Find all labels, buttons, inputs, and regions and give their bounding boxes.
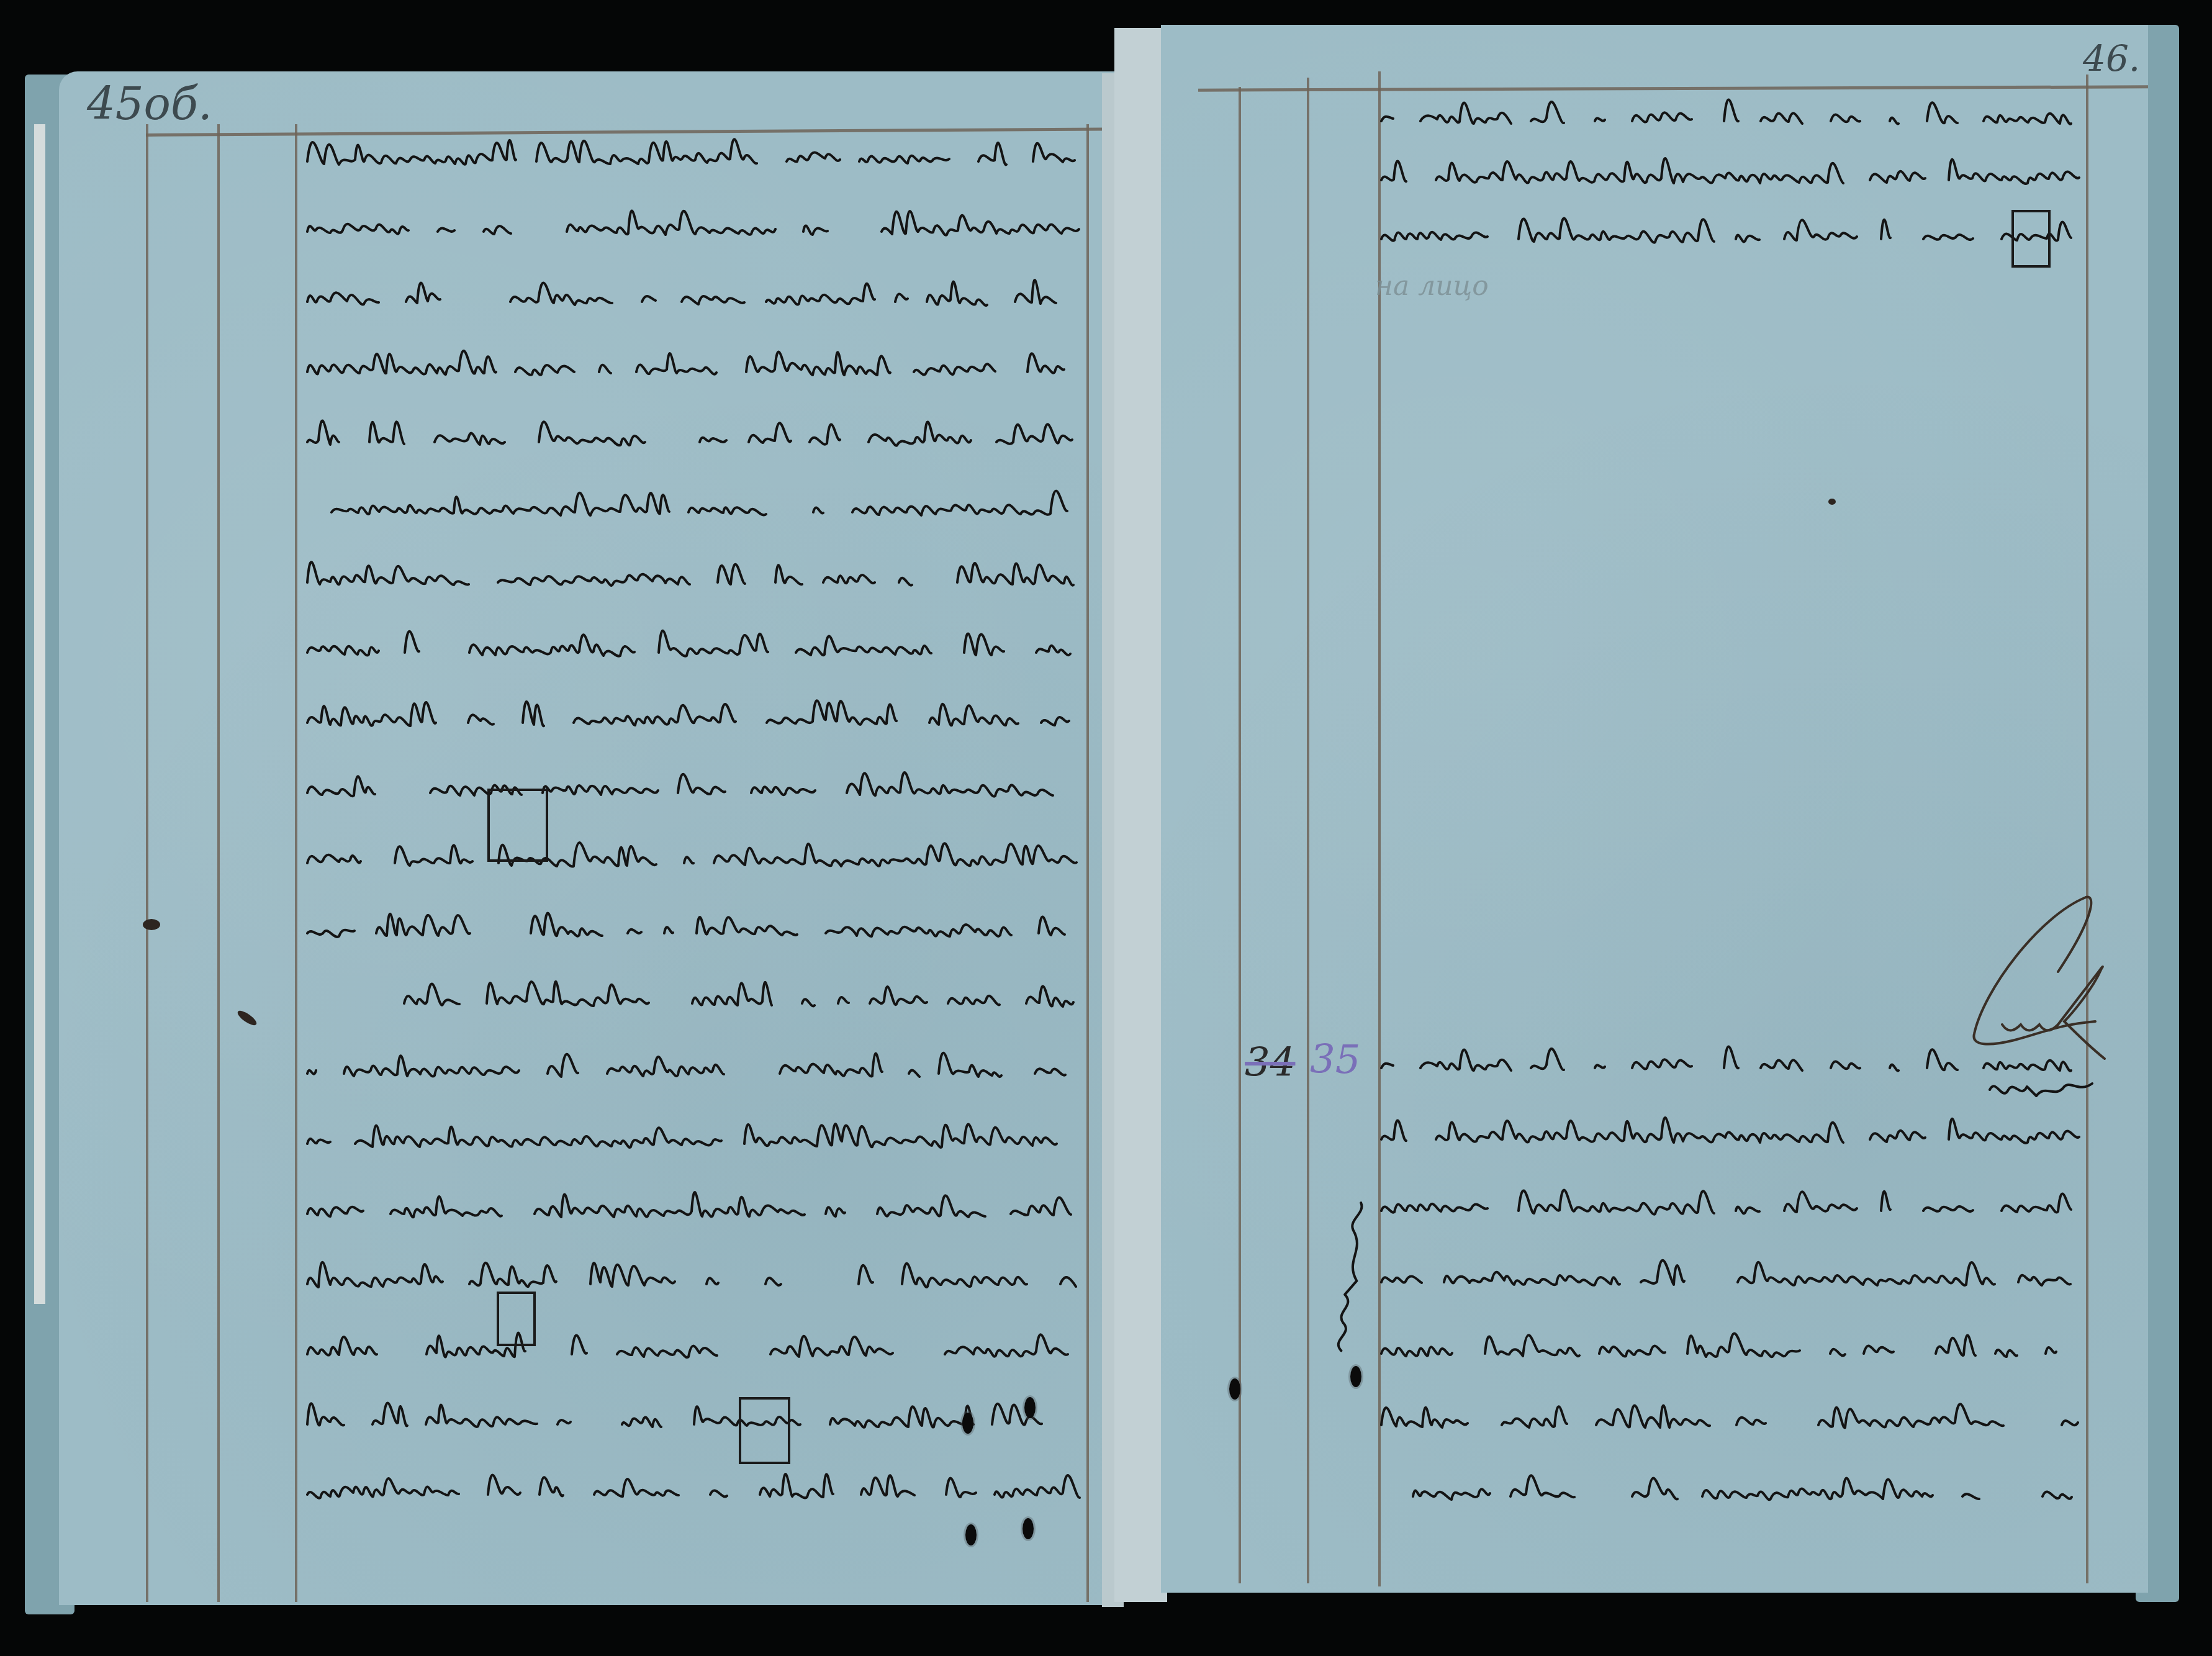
handwritten-line <box>307 484 1083 534</box>
handwritten-line <box>307 1326 1083 1376</box>
entry-number-current: 35 <box>1310 1037 1360 1083</box>
binding-hole <box>1229 1378 1240 1400</box>
handwritten-line <box>307 835 1083 885</box>
left-page: 45об. <box>59 71 1117 1605</box>
column-rule-3 <box>295 124 297 1602</box>
margin-note <box>1322 1198 1380 1356</box>
handwritten-line <box>307 414 1083 464</box>
binding-hole <box>962 1413 973 1434</box>
binding-hole <box>1022 1518 1034 1539</box>
pencil-note: на лицо <box>1375 270 1489 302</box>
handwritten-line <box>1381 1183 2083 1233</box>
column-rule-1 <box>1239 87 1241 1583</box>
handwritten-line <box>307 905 1083 955</box>
handwritten-line <box>1381 1040 2083 1090</box>
ink-dot <box>1828 499 1836 505</box>
handwritten-line <box>307 695 1083 744</box>
handwritten-line <box>307 1256 1083 1306</box>
handwritten-line <box>1381 1397 2083 1447</box>
boxed-insertion <box>497 1292 536 1346</box>
handwritten-line <box>1381 1468 2083 1518</box>
column-rule-4 <box>2086 75 2088 1583</box>
column-rule-4 <box>1086 124 1089 1602</box>
left-page-stack-edge <box>34 124 45 1304</box>
boxed-insertion <box>2011 210 2051 268</box>
handwritten-line <box>307 765 1083 815</box>
column-rule-2 <box>1307 78 1309 1583</box>
column-rule-2 <box>217 124 220 1602</box>
entry-number-struck: 34 <box>1245 1040 1295 1086</box>
binding-hole <box>965 1524 977 1545</box>
handwritten-line <box>307 204 1083 253</box>
handwritten-line <box>307 133 1083 183</box>
folio-number-right: 46. <box>2083 37 2140 79</box>
handwritten-line <box>1381 1111 2083 1161</box>
right-page: 46. на лицо 34 35 <box>1161 25 2148 1593</box>
handwritten-line <box>307 274 1083 324</box>
boxed-insertion <box>739 1397 790 1464</box>
ink-blot <box>236 1008 259 1028</box>
handwritten-line <box>307 625 1083 674</box>
binding-guard-strip <box>1114 28 1167 1602</box>
handwritten-line <box>1381 211 2083 261</box>
handwritten-line <box>1381 1326 2083 1375</box>
binding-hole <box>1024 1397 1036 1418</box>
boxed-insertion <box>487 789 548 862</box>
handwritten-line <box>1381 1254 2083 1304</box>
handwritten-line <box>307 975 1083 1025</box>
ink-blot <box>143 919 160 930</box>
binding-hole <box>1350 1366 1361 1387</box>
handwritten-line <box>307 1186 1083 1236</box>
handwritten-line <box>1381 152 2083 202</box>
column-rule-1 <box>146 124 148 1602</box>
handwritten-line <box>307 1046 1083 1095</box>
handwritten-line <box>307 554 1083 604</box>
handwritten-line <box>307 1467 1083 1516</box>
handwritten-line <box>307 344 1083 394</box>
handwritten-line <box>1381 93 2083 143</box>
folio-number-left: 45об. <box>87 78 212 130</box>
handwritten-line <box>307 1116 1083 1165</box>
header-rule <box>1198 85 2148 91</box>
